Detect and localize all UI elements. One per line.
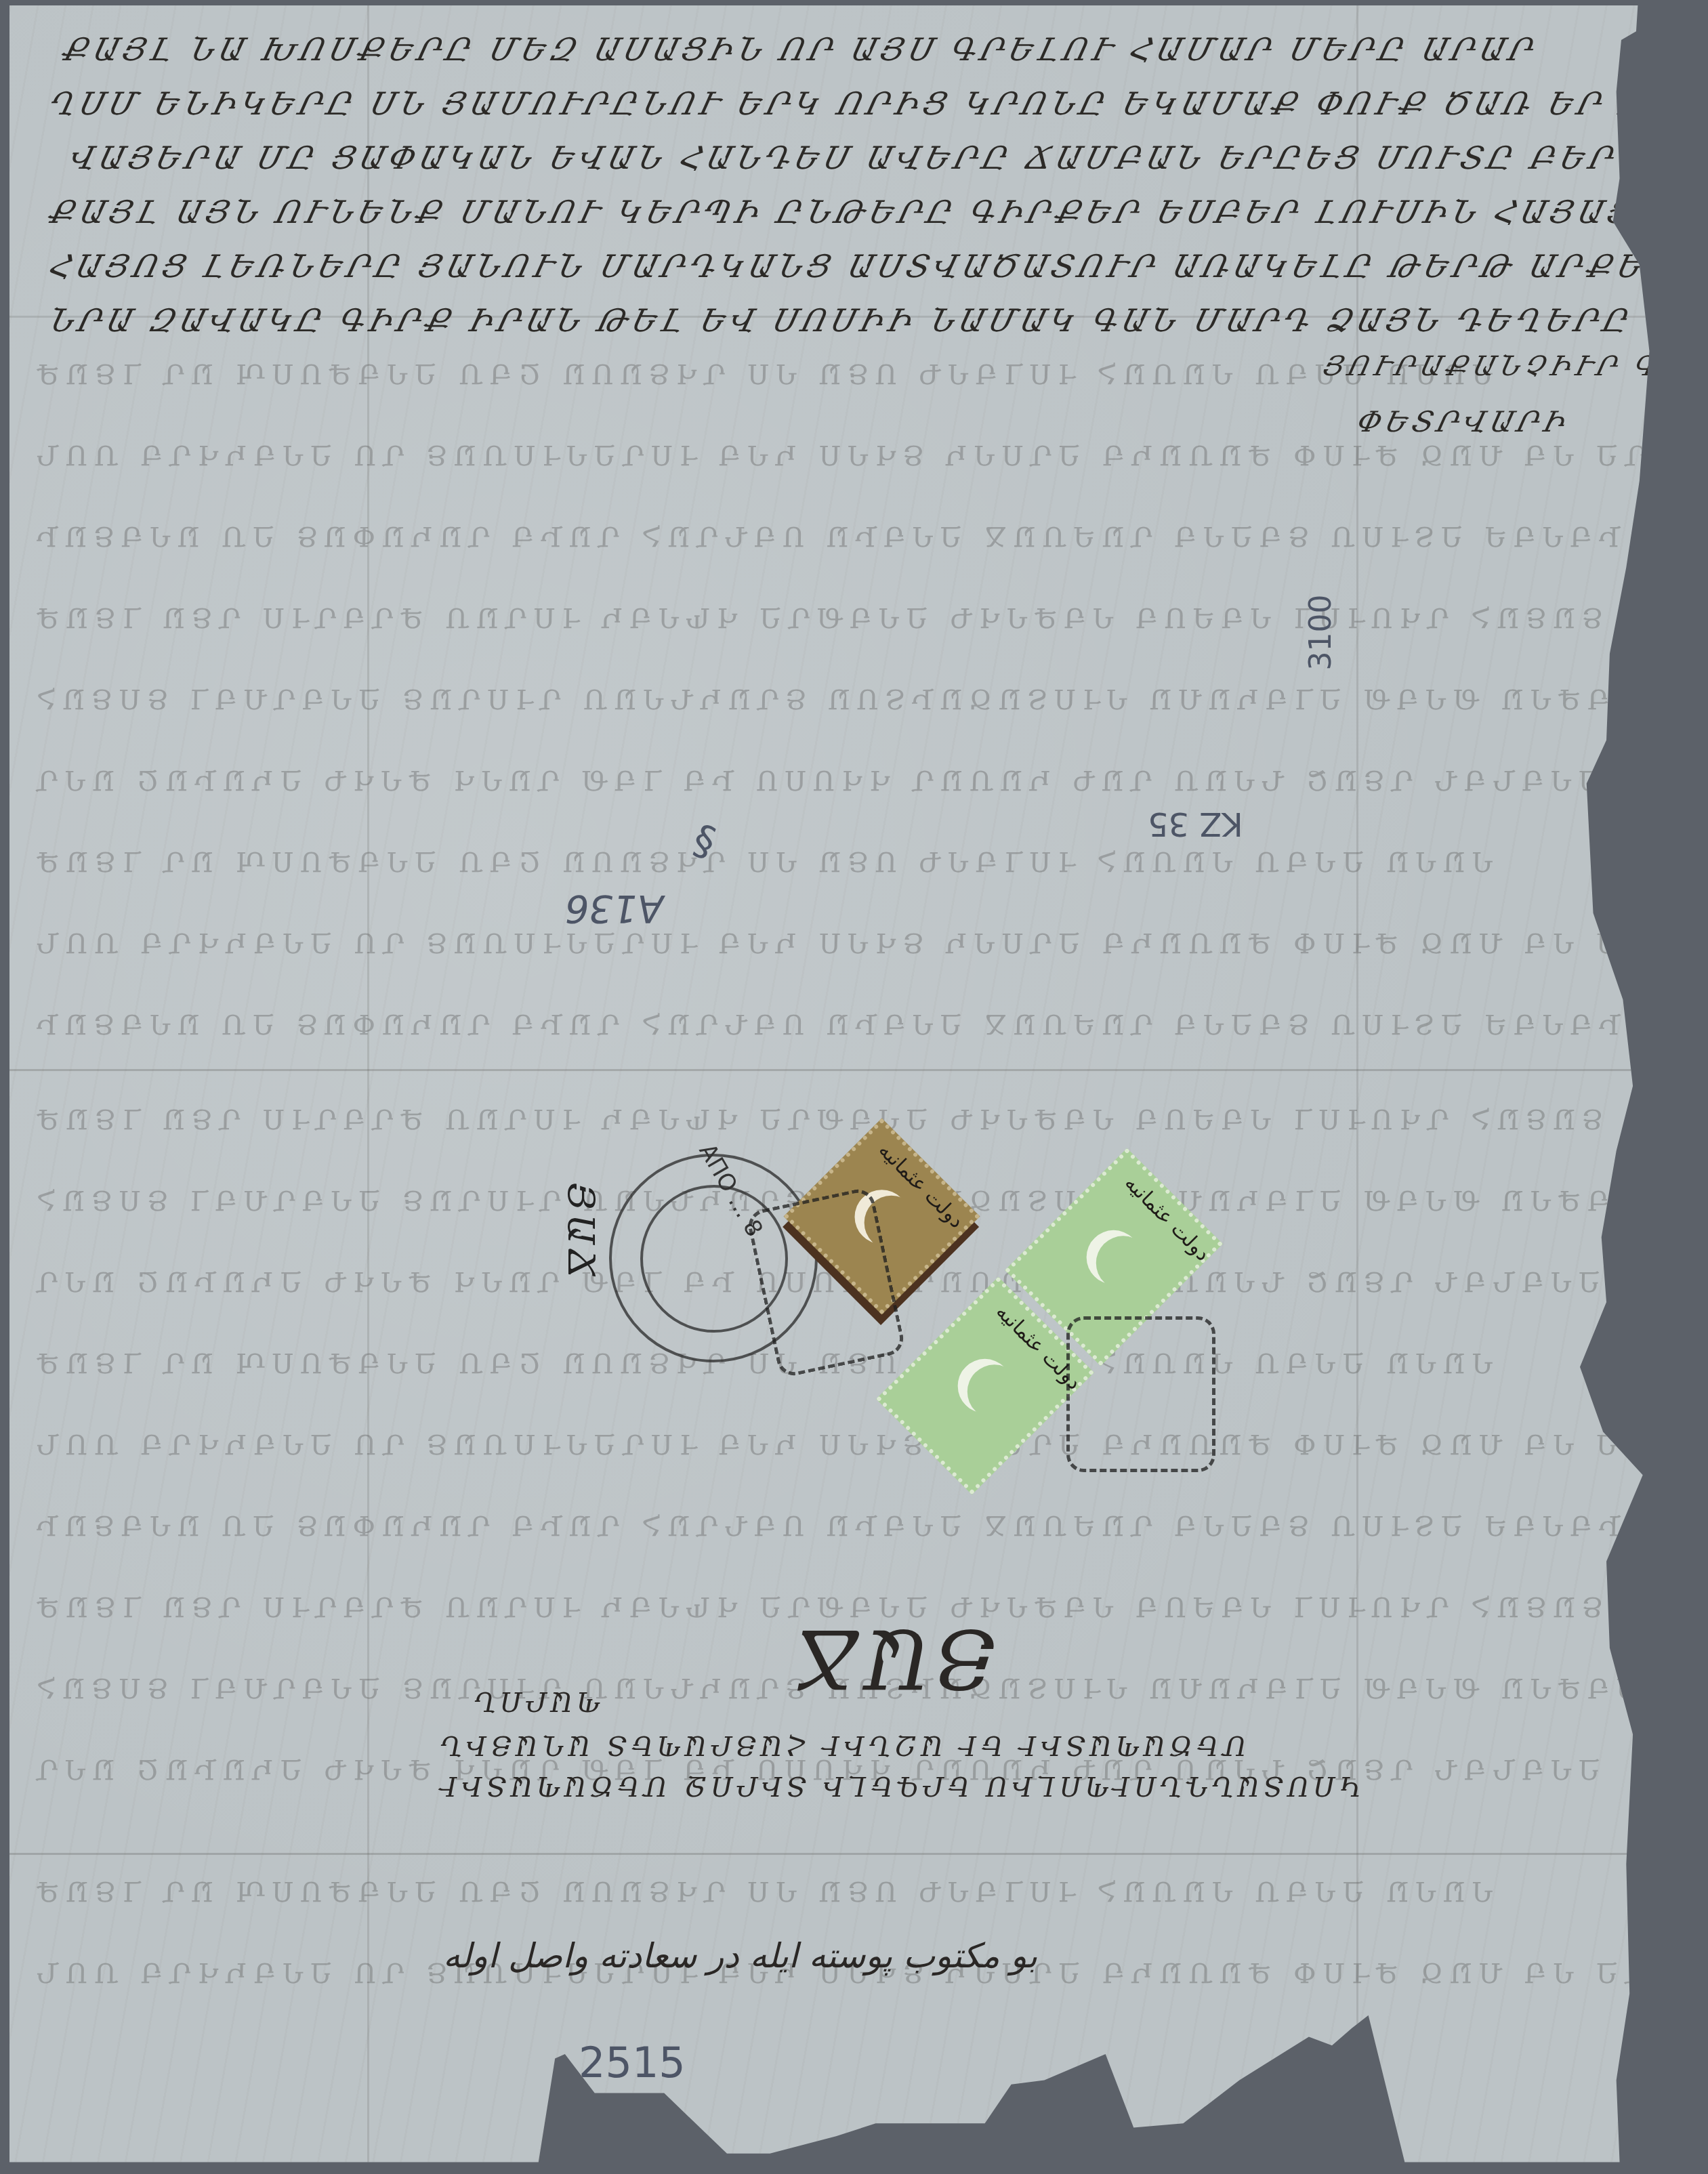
bleed-through-text: ՎԱՅԵՐԱ ՄԸ ՑԱՓԱԿԱՆ ԵՎԱՆ ՀԱՆԴԵՍ ԱՎԵՐԸ ՃԱՄԲ… — [33, 1509, 1631, 1541]
handwritten-line: ՂՍՄ ԵՆԻԿԵՐԸ ՍՆ ՅԱՄՈՒՐԸՆՈՒ ԵՐԿ ՈՐԻՑ ԿՐՈՆԸ… — [45, 85, 1708, 122]
crescent-icon — [1075, 1219, 1152, 1295]
handwritten-line: ՆՐԱ ԶԱՎԱԿԸ ԳԻՐՔ ԻՐԱՆ ԹԵԼ ԵՎ ՍՈՍԻԻ ՆԱՄԱԿ … — [45, 302, 1638, 339]
signature-flourish: ՅԱՃ — [789, 1611, 997, 1705]
bleed-through-text: ՂՍՄ ԵՆԻԿԵՐԸ ՍՆ ՅԱՄՈՒՐԸՆՈՒ ԵՐԿ ՈՐԻՑ ԿՐՈՆԸ… — [33, 927, 1708, 958]
bleed-through-text: ՔԱՅԼ ՆԱ ԽՈՍՔԵՐԸ ՄԵԶ ԱՍԱՑԻՆ ՈՐ ԱՅՍ ԳՐԵԼՈՒ… — [33, 1347, 1503, 1378]
letter-paper: ՔԱՅԼ ՆԱ ԽՈՍՔԵՐԸ ՄԵԶ ԱՍԱՑԻՆ ՈՐ ԱՅՍ ԳՐԵԼՈՒ… — [9, 5, 1663, 2167]
fold-line — [9, 1853, 1663, 1855]
fold-line — [9, 1069, 1663, 1071]
rectangular-cancel-green-pair — [1066, 1316, 1215, 1472]
address-line: ՊԱՐՈՆ — [470, 1686, 600, 1717]
ottoman-handwritten-note: ՅԱՃ — [560, 1183, 602, 1283]
bleed-through-text: ՀԱՅՈՑ ԼԵՌՆԵՐԸ ՅԱՆՈՒՆ ՄԱՐԴԿԱՆՑ ԱՍՏՎԱԾԱՏՈՒ… — [33, 683, 1648, 714]
bleed-through-text: ՂՍՄ ԵՆԻԿԵՐԸ ՍՆ ՅԱՄՈՒՐԸՆՈՒ ԵՐԿ ՈՐԻՑ ԿՐՈՆԸ… — [33, 439, 1708, 470]
bleed-through-text: ՎԱՅԵՐԱ ՄԸ ՑԱՓԱԿԱՆ ԵՎԱՆ ՀԱՆԴԵՍ ԱՎԵՐԸ ՃԱՄԲ… — [33, 520, 1631, 551]
bleed-through-text: ՔԱՅԼ ԱՅՆ ՈՒՆԵՆՔ ՄԱՆՈՒ ԿԵՐՊԻ ԸՆԹԵՐԸ ԳԻՐՔԵ… — [33, 1103, 1612, 1134]
bleed-through-text: ՂՍՄ ԵՆԻԿԵՐԸ ՍՆ ՅԱՄՈՒՐԸՆՈՒ ԵՐԿ ՈՐԻՑ ԿՐՈՆԸ… — [33, 1428, 1708, 1459]
handwritten-line: ՔԱՅԼ ԱՅՆ ՈՒՆԵՆՔ ՄԱՆՈՒ ԿԵՐՊԻ ԸՆԹԵՐԸ ԳԻՐՔԵ… — [45, 194, 1640, 230]
bleed-through-text: ՔԱՅԼ ԱՅՆ ՈՒՆԵՆՔ ՄԱՆՈՒ ԿԵՐՊԻ ԸՆԹԵՐԸ ԳԻՐՔԵ… — [33, 602, 1612, 633]
handwritten-line: ՔԱՅԼ ՆԱ ԽՈՍՔԵՐԸ ՄԵԶ ԱՍԱՑԻՆ ՈՐ ԱՅՍ ԳՐԵԼՈՒ… — [59, 31, 1542, 68]
ottoman-inscription-line: بو مكتوب پوسته ايله در سعادته واصل اوله — [443, 1936, 1037, 1976]
pencil-number-2515: 2515 — [579, 2038, 686, 2087]
bleed-through-text: ՆՐԱ ԶԱՎԱԿԸ ԳԻՐՔ ԻՐԱՆ ԹԵԼ ԵՎ ՍՈՍԻԻ ՆԱՄԱԿ … — [33, 764, 1610, 795]
bleed-through-text: ՎԱՅԵՐԱ ՄԸ ՑԱՓԱԿԱՆ ԵՎԱՆ ՀԱՆԴԵՍ ԱՎԵՐԸ ՃԱՄԲ… — [33, 1008, 1631, 1039]
bleed-through-text: ՔԱՅԼ ՆԱ ԽՈՍՔԵՐԸ ՄԵԶ ԱՍԱՑԻՆ ՈՐ ԱՅՍ ԳՐԵԼՈՒ… — [33, 845, 1503, 877]
handwritten-closing: ՅՈՒՐԱՔԱՆՉԻՒՐ ԳԱՍԱՐԱՆ — [1320, 351, 1708, 382]
bleed-through-text: ՔԱՅԼ ՆԱ ԽՈՍՔԵՐԸ ՄԵԶ ԱՍԱՑԻՆ ՈՐ ԱՅՍ ԳՐԵԼՈՒ… — [33, 358, 1503, 389]
handwritten-line: ՀԱՅՈՑ ԼԵՌՆԵՐԸ ՅԱՆՈՒՆ ՄԱՐԴԿԱՆՑ ԱՍՏՎԱԾԱՏՈՒ… — [45, 248, 1680, 285]
handwritten-date: ՓԵՏՐՎԱՐԻ — [1354, 405, 1574, 438]
pencil-code-kz35: KZ 35 — [1148, 805, 1243, 843]
bleed-through-text: ՔԱՅԼ ՆԱ ԽՈՍՔԵՐԸ ՄԵԶ ԱՍԱՑԻՆ ՈՐ ԱՅՍ ԳՐԵԼՈՒ… — [33, 1875, 1503, 1906]
pencil-ref-a136: A136 — [561, 886, 667, 930]
pencil-number-3100: 3100 — [1304, 595, 1338, 671]
crescent-icon — [946, 1347, 1023, 1424]
address-line: ԿՈՍՏԱՆԴՆՈՒՊՈԼԻՍ ԵՐԳԵԼԻ ՏԻՐՈՋ ՄԵԾԱՊԱՏԻՒ — [436, 1770, 1360, 1801]
handwritten-line: ՎԱՅԵՐԱ ՄԸ ՑԱՓԱԿԱՆ ԵՎԱՆ ՀԱՆԴԵՍ ԱՎԵՐԸ ՃԱՄԲ… — [66, 140, 1681, 176]
address-line: ՄԵԾԱՊԱՏԻՒ ԵՒ ԱԶՆԻՒ ՀԱՅՐԱՊԵՏ ԱՂԱՅԻՆ — [436, 1730, 1247, 1761]
